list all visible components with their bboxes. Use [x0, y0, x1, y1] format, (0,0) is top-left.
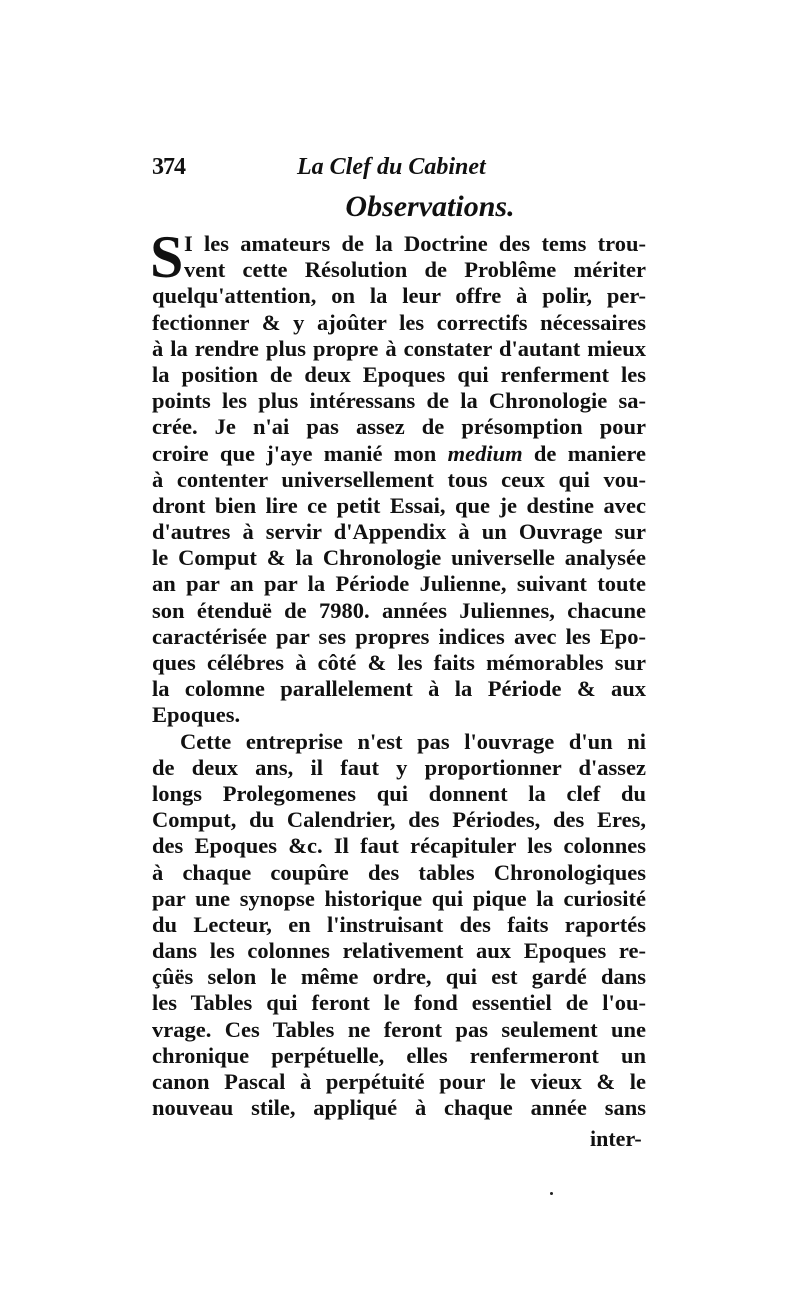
text-line: caractérisée par ses propres indices ave… — [152, 624, 646, 650]
text-line: les Tables qui feront le fond essentiel … — [152, 990, 646, 1016]
catchword: inter- — [590, 1126, 642, 1152]
page-number: 374 — [152, 154, 185, 181]
text-line: an par an par la Période Julienne, suiva… — [152, 571, 646, 597]
text-line: crée. Je n'ai pas assez de présomption p… — [152, 414, 646, 440]
text-line: son étenduë de 7980. années Juliennes, c… — [152, 598, 646, 624]
text-line: du Lecteur, en l'instruisant des faits r… — [152, 912, 646, 938]
text-line: dront bien lire ce petit Essai, que je d… — [152, 493, 646, 519]
text-line: vrage. Ces Tables ne feront pas seulemen… — [152, 1017, 646, 1043]
text-line: à la rendre plus propre à constater d'au… — [152, 336, 646, 362]
text-line: chronique perpétuelle, elles renfermeron… — [152, 1043, 646, 1069]
text-line: la position de deux Epoques qui renferme… — [152, 362, 646, 388]
text-line: par une synopse historique qui pique la … — [152, 886, 646, 912]
text-line: ques célébres à côté & les faits mémorab… — [152, 650, 646, 676]
ink-speck — [550, 1192, 553, 1195]
text-line: longs Prolegomenes qui donnent la clef d… — [152, 781, 646, 807]
text-line: des Epoques &c. Il faut récapituler les … — [152, 833, 646, 859]
text-line: nouveau stile, appliqué à chaque année s… — [152, 1095, 646, 1121]
text-line: à chaque coupûre des tables Chronologiqu… — [152, 860, 646, 886]
text-line: points les plus intéressans de la Chrono… — [152, 388, 646, 414]
text-line: Comput, du Calendrier, des Périodes, des… — [152, 807, 646, 833]
section-title: Observations. — [0, 190, 800, 224]
running-head-title: La Clef du Cabinet — [297, 154, 486, 181]
text-line: Cette entreprise n'est pas l'ouvrage d'u… — [152, 729, 646, 755]
text-line: le Comput & la Chronologie universelle a… — [152, 545, 646, 571]
paragraph-2: Cette entreprise n'est pas l'ouvrage d'u… — [152, 729, 646, 1122]
text-line: Epoques. — [152, 702, 646, 728]
text-line: çûës selon le même ordre, qui est gardé … — [152, 964, 646, 990]
running-head: 374 La Clef du Cabinet — [152, 150, 652, 186]
text-line: quelqu'attention, on la leur offre à pol… — [152, 283, 646, 309]
body-text: S I les amateurs de la Doctrine des tems… — [152, 231, 646, 1121]
text-line: à contenter universellement tous ceux qu… — [152, 467, 646, 493]
text-line: I les amateurs de la Doctrine des tems t… — [152, 231, 646, 257]
book-page: 374 La Clef du Cabinet Observations. S I… — [0, 0, 800, 1304]
text-line: fectionner & y ajoûter les correctifs né… — [152, 310, 646, 336]
text-line: canon Pascal à perpétuité pour le vieux … — [152, 1069, 646, 1095]
text-line: de deux ans, il faut y proportionner d'a… — [152, 755, 646, 781]
text-line: d'autres à servir d'Appendix à un Ouvrag… — [152, 519, 646, 545]
text-line: vent cette Résolution de Problême mérite… — [152, 257, 646, 283]
italic-word: medium — [448, 441, 523, 466]
paragraph-1: I les amateurs de la Doctrine des tems t… — [152, 231, 646, 729]
text-line: la colomne parallelement à la Période & … — [152, 676, 646, 702]
drop-cap: S — [150, 229, 183, 285]
text-line-with-italic: croire que j'aye manié mon medium de man… — [152, 441, 646, 467]
text-line: dans les colonnes relativement aux Epoqu… — [152, 938, 646, 964]
